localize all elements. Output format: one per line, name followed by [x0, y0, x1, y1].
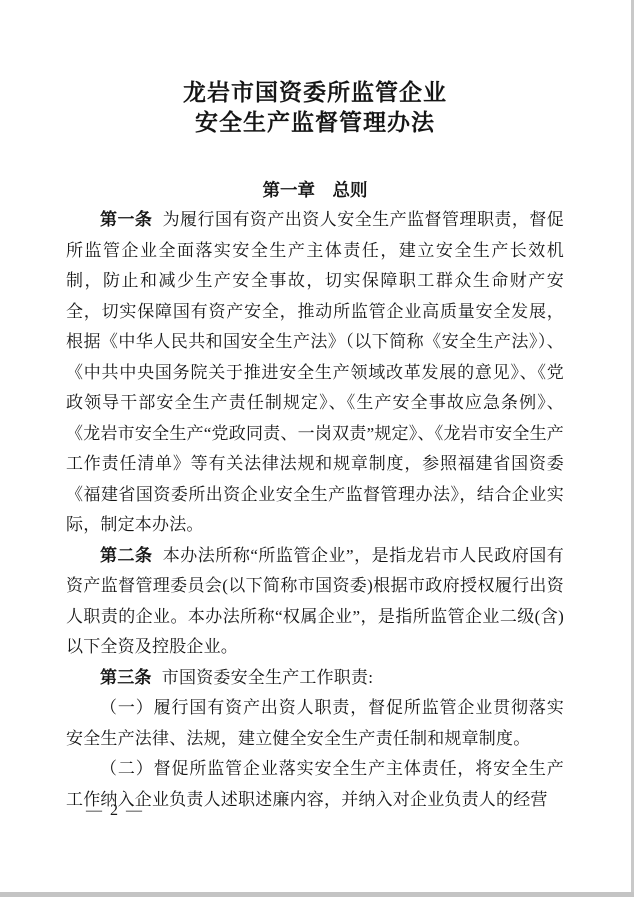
chapter-heading: 第一章 总则 [66, 175, 564, 205]
paragraph-item-1: （一）履行国有资产出资人职责，督促所监管企业贯彻落实安全生产法律、法规，建立健全… [66, 693, 564, 754]
page-number: — 2 — [86, 802, 144, 820]
document-content: 龙岩市国资委所监管企业 安全生产监督管理办法 第一章 总则 第一条为履行国有资产… [66, 78, 564, 815]
paragraph-article-1: 第一条为履行国有资产出资人安全生产监督管理职责，督促所监管企业全面落实安全生产主… [66, 205, 564, 541]
article-3-label: 第三条 [100, 668, 152, 687]
title-line-2: 安全生产监督管理办法 [195, 110, 435, 135]
page-edge-bottom [0, 892, 634, 897]
article-1-label: 第一条 [100, 210, 152, 229]
document-title: 龙岩市国资委所监管企业 安全生产监督管理办法 [66, 78, 564, 138]
paragraph-article-3: 第三条市国资委安全生产工作职责: [66, 663, 564, 694]
paragraph-article-2: 第二条本办法所称“所监管企业”，是指龙岩市人民政府国有资产监督管理委员会(以下简… [66, 541, 564, 663]
document-page: 龙岩市国资委所监管企业 安全生产监督管理办法 第一章 总则 第一条为履行国有资产… [0, 0, 634, 897]
article-3-text: 市国资委安全生产工作职责: [162, 668, 373, 687]
title-line-1: 龙岩市国资委所监管企业 [183, 80, 447, 105]
article-1-text: 为履行国有资产出资人安全生产监督管理职责，督促所监管企业全面落实安全生产主体责任… [66, 210, 564, 534]
item-1-text: （一）履行国有资产出资人职责，督促所监管企业贯彻落实安全生产法律、法规，建立健全… [66, 698, 564, 748]
article-2-label: 第二条 [100, 546, 153, 565]
